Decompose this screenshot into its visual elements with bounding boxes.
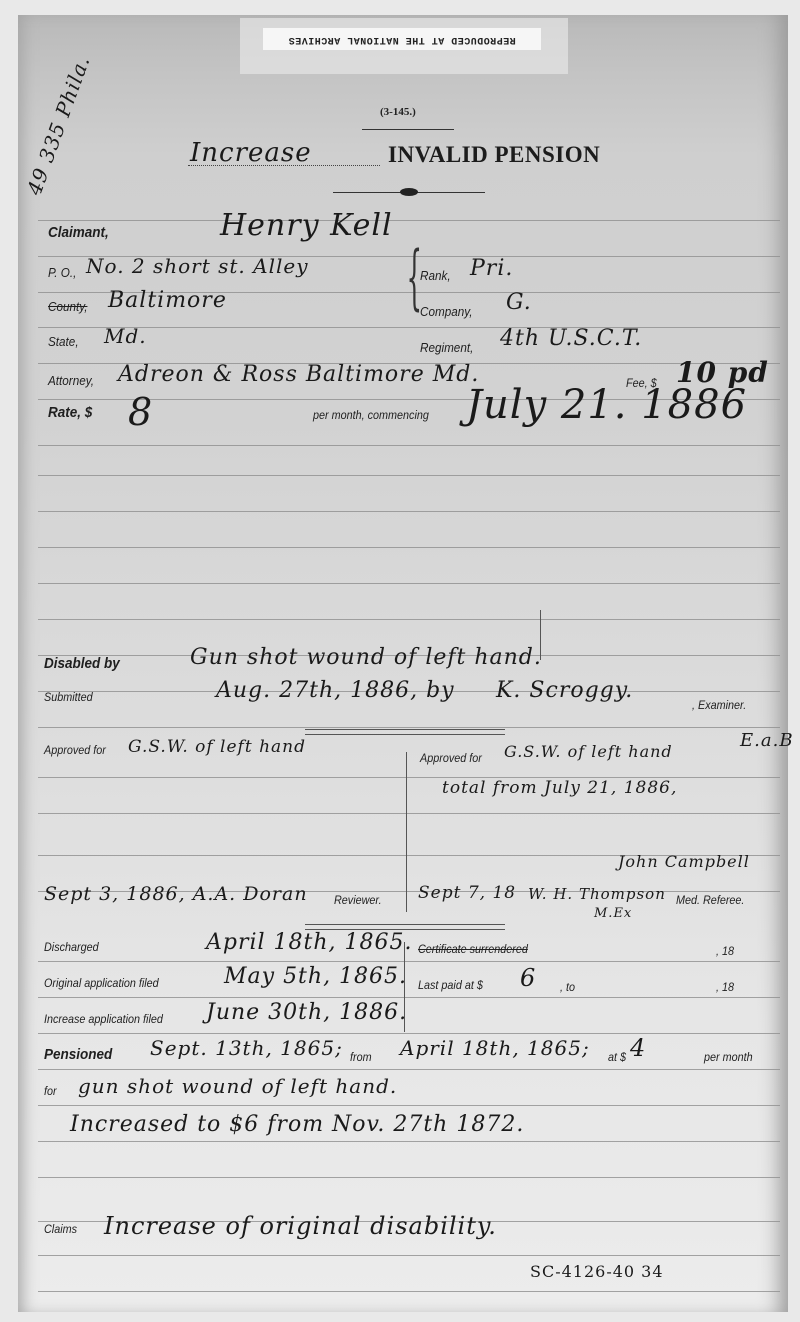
approved-initials: E.a.B [740,730,794,751]
approved-left-label: Approved for [44,743,106,757]
reviewer-label: Reviewer. [334,893,382,907]
divider [362,129,454,130]
to-label: , to [560,980,575,994]
per-month-label: per month, commencing [313,408,429,422]
attorney-value: Adreon & Ross Baltimore Md. [118,362,479,387]
type-underline [188,165,380,166]
pension-type: Increase [190,138,312,168]
increase-label: Increase application filed [44,1012,163,1026]
commencing-value: July 21. 1886 [466,382,747,428]
from-date: April 18th, 1865; [400,1036,590,1060]
per-month-label: per month [704,1050,753,1064]
for-label: for [44,1084,57,1098]
examiner-label: , Examiner. [692,698,746,712]
reviewer-date: Sept 3, 1886, A.A. Doran [44,883,308,905]
increase-note: Increased to $6 from Nov. 27th 1872. [70,1112,524,1137]
double-rule [305,729,505,735]
file-number: SC-4126-40 34 [530,1262,664,1281]
archive-stamp: REPRODUCED AT THE NATIONAL ARCHIVES [263,28,541,50]
approved-right-value: G.S.W. of left hand [504,742,673,761]
rate-value: 8 [128,390,153,434]
regiment-label: Regiment, [420,340,473,355]
discharged-value: April 18th, 1865. [206,930,413,955]
to-year: , 18 [716,980,734,994]
rank-label: Rank, [420,268,451,283]
for-value: gun shot wound of left hand. [78,1074,397,1098]
pensioned-date: Sept. 13th, 1865; [150,1036,343,1060]
county-value: Baltimore [108,288,227,313]
from-label: from [350,1050,372,1064]
pensioned-label: Pensioned [44,1046,112,1063]
submitted-label: Submitted [44,690,93,704]
county-label: County, [48,299,87,314]
last-paid-label: Last paid at $ [418,978,483,992]
claimant-name: Henry Kell [220,208,393,243]
original-label: Original application filed [44,976,159,990]
approved-right-line2: total from July 21, 1886, [442,778,677,798]
claims-value: Increase of original disability. [104,1212,497,1240]
referee-signature: W. H. Thompson [528,885,666,903]
certificate-label: Certificate surrendered [418,942,528,956]
regiment-value: 4th U.S.C.T. [500,326,642,351]
column-divider [406,752,407,912]
po-value: No. 2 short st. Alley [86,254,309,278]
rank-value: Pri. [470,256,513,281]
original-value: May 5th, 1865. [224,964,407,989]
column-divider [404,942,405,1032]
referee-date: Sept 7, 18 [418,883,516,903]
attorney-label: Attorney, [48,373,94,388]
examiner-name: K. Scroggy. [496,678,633,703]
submitted-date: Aug. 27th, 1886, by [216,678,455,703]
company-value: G. [506,290,532,315]
approved-left-value: G.S.W. of left hand [128,737,306,757]
ornament-icon [400,188,418,196]
at-value: 4 [630,1034,646,1062]
approved-right-label: Approved for [420,751,482,765]
referee-signature-2: John Campbell [618,852,750,871]
last-paid-value: 6 [520,964,536,992]
referee-note: M.Ex [594,906,632,921]
po-label: P. O., [48,265,76,280]
increase-value: June 30th, 1886. [206,1000,407,1025]
disabled-by-label: Disabled by [44,655,120,672]
claims-label: Claims [44,1222,77,1236]
brace: { [406,236,422,356]
certificate-year: , 18 [716,944,734,958]
claimant-label: Claimant, [48,224,109,241]
page-title: INVALID PENSION [388,142,600,168]
referee-label: Med. Referee. [676,893,744,907]
rate-label: Rate, $ [48,404,92,421]
form-number: (3-145.) [380,106,416,118]
state-label: State, [48,334,79,349]
company-label: Company, [420,304,472,319]
disabled-by-value: Gun shot wound of left hand. [190,645,542,670]
at-label: at $ [608,1050,626,1064]
state-value: Md. [104,324,147,348]
discharged-label: Discharged [44,940,99,954]
